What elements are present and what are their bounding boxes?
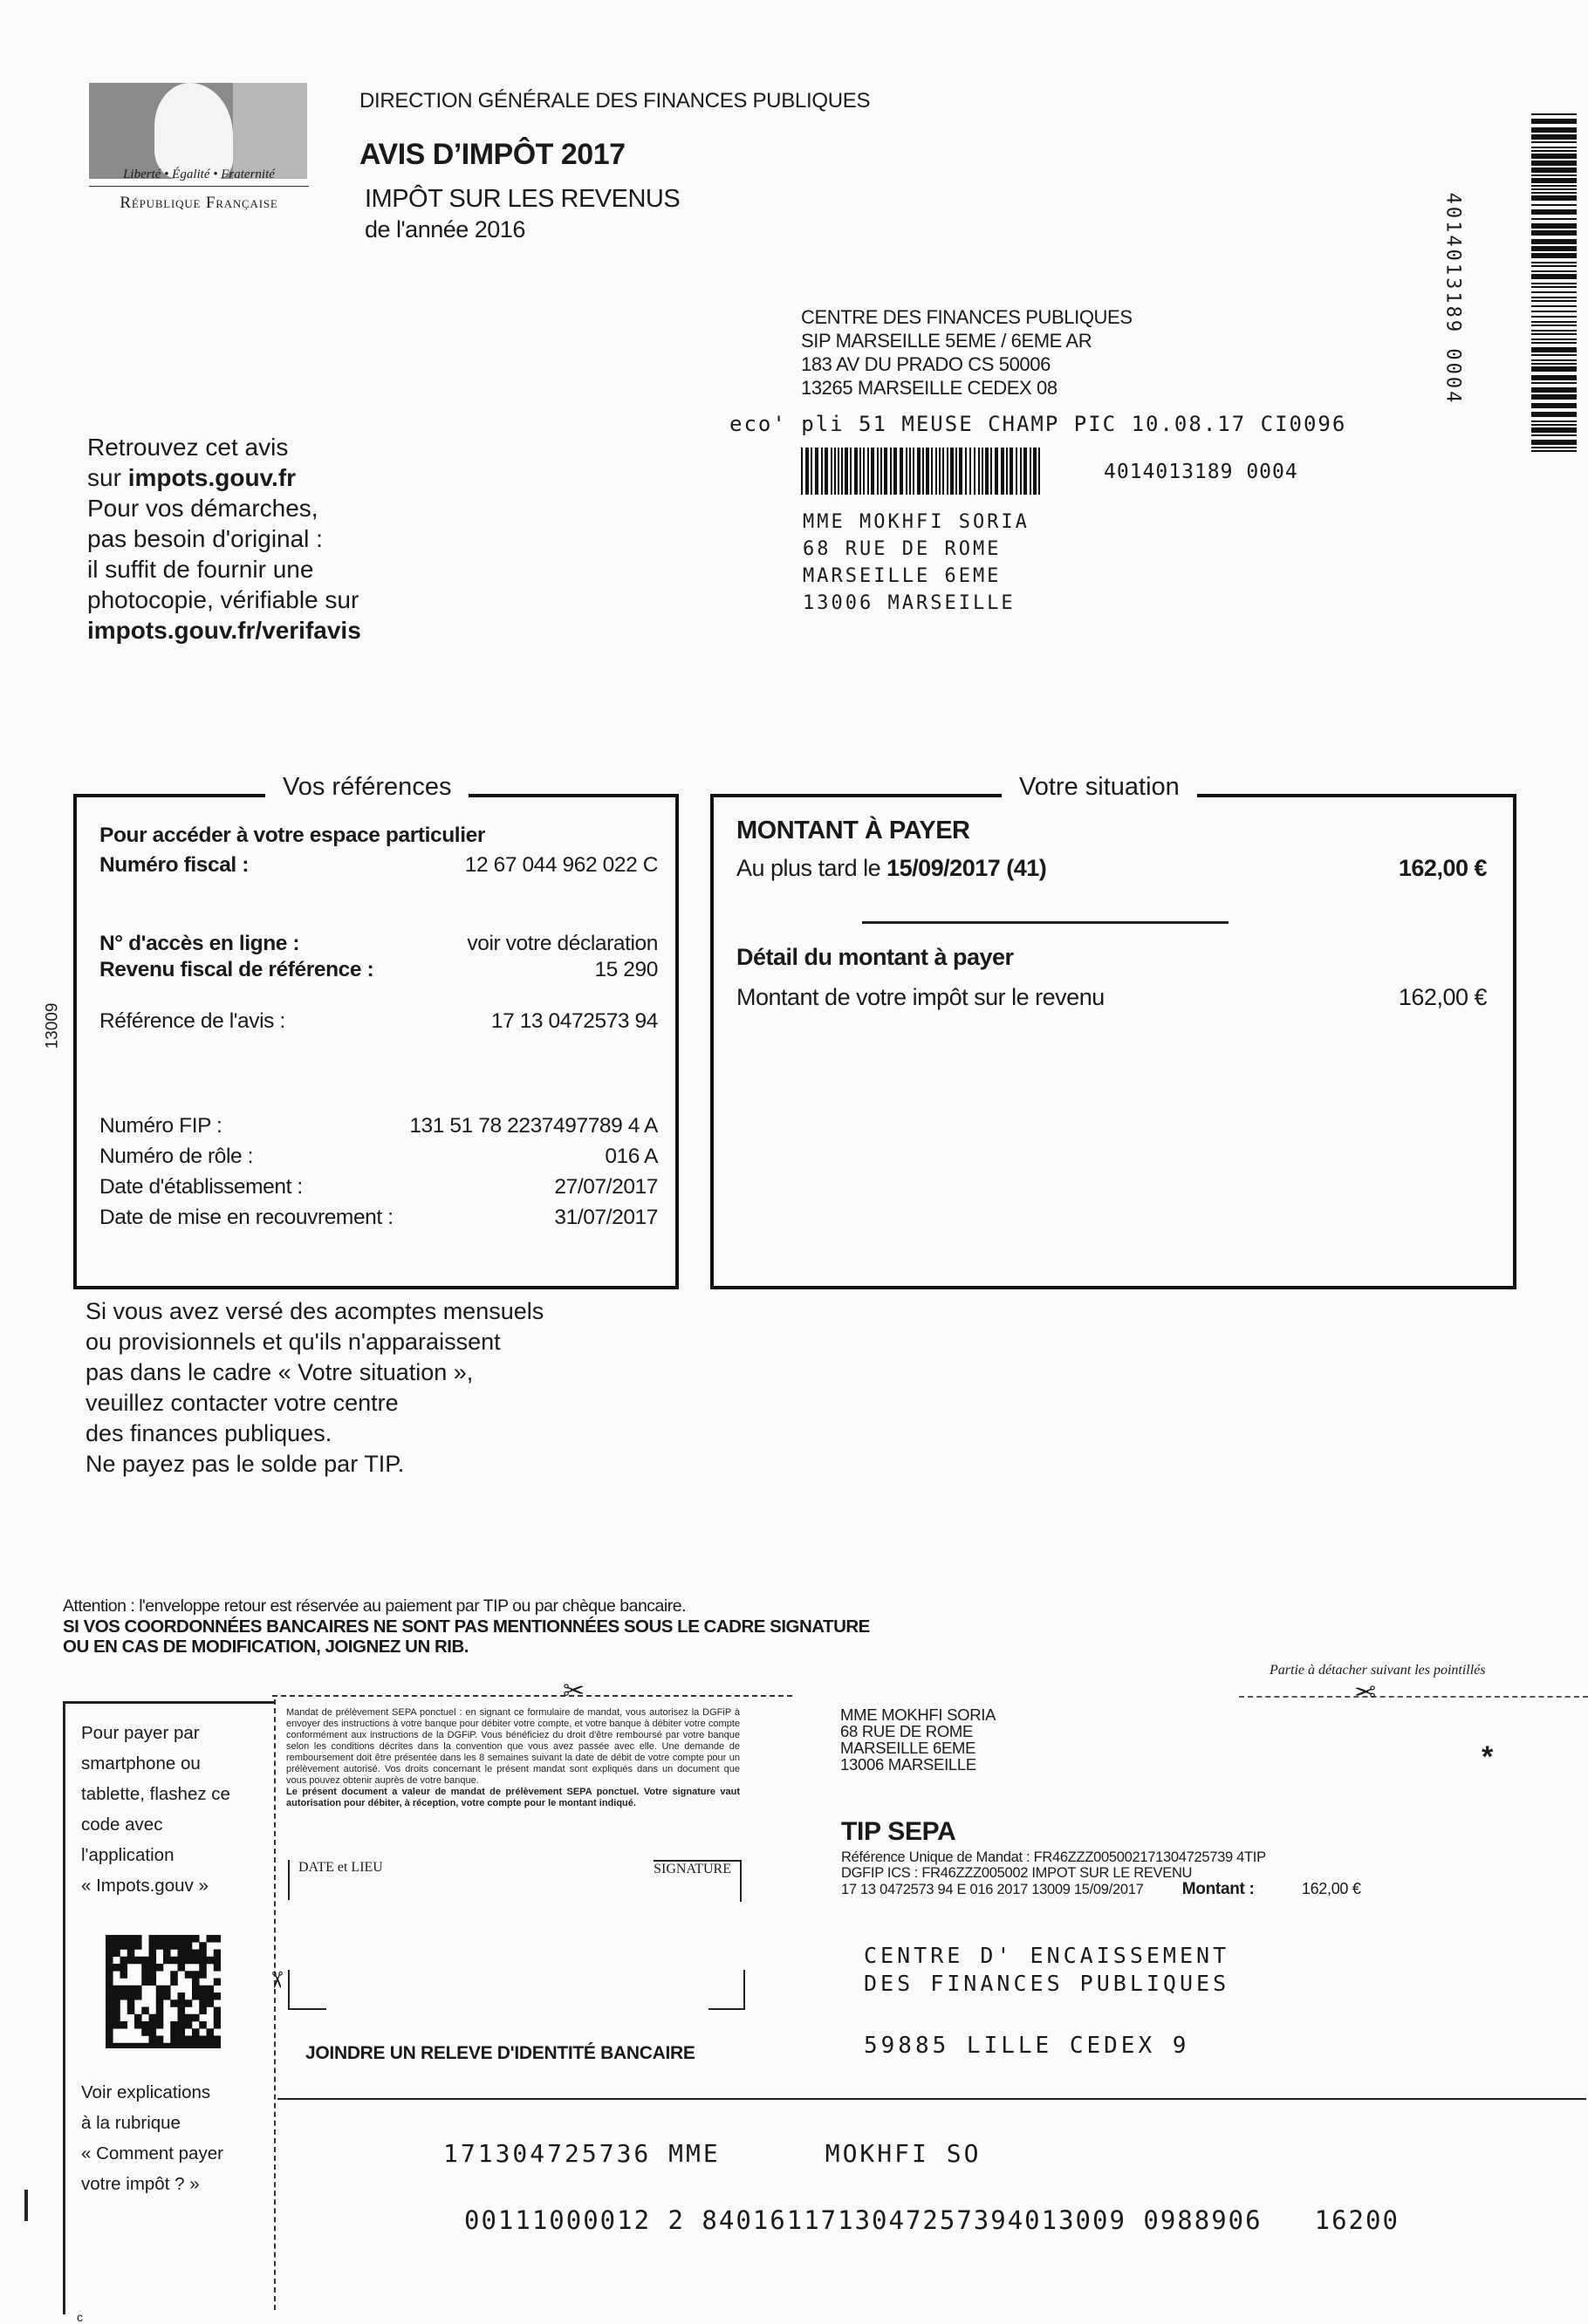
tax-subtitle: IMPÔT SUR LES REVENUS bbox=[365, 185, 680, 214]
barcode-number: 4014013189 0004 bbox=[1104, 461, 1298, 483]
scissors-icon: ✂ bbox=[563, 1683, 585, 1700]
info-line: Retrouvez cet avis bbox=[87, 432, 361, 462]
ocr-name: MOKHFI SO bbox=[825, 2139, 982, 2168]
info-line: pas besoin d'original : bbox=[87, 523, 361, 554]
ref-row-acces-en-ligne: N° d'accès en ligne :voir votre déclarat… bbox=[99, 932, 658, 956]
tax-year: de l'année 2016 bbox=[365, 216, 525, 243]
notice-line: Ne payez pas le solde par TIP. bbox=[86, 1449, 544, 1480]
deadline: Au plus tard le 15/09/2017 (41) bbox=[736, 855, 1046, 882]
margin-mark bbox=[24, 2190, 28, 2221]
attention-line: Attention : l'enveloppe retour est réser… bbox=[63, 1596, 870, 1617]
encaissement-address: CENTRE D' ENCAISSEMENT DES FINANCES PUBL… bbox=[864, 1942, 1229, 1998]
footer-mark: c bbox=[77, 2310, 83, 2324]
tip-title: TIP SEPA bbox=[841, 1817, 956, 1847]
sender-address: CENTRE DES FINANCES PUBLIQUES SIP MARSEI… bbox=[801, 305, 1133, 400]
ref-row-date-recouvrement: Date de mise en recouvrement :31/07/2017 bbox=[99, 1206, 658, 1230]
republique-francaise: République Française bbox=[89, 194, 309, 213]
side-code: 13009 bbox=[43, 1003, 62, 1049]
detach-label: Partie à détacher suivant les pointillés bbox=[1270, 1663, 1486, 1678]
amount-due: 162,00 € bbox=[1399, 855, 1487, 882]
detail-amount: 162,00 € bbox=[1399, 984, 1487, 1011]
recipient-address: MME MOKHFI SORIA 68 RUE DE ROME MARSEILL… bbox=[803, 509, 1030, 617]
datamatrix-code[interactable] bbox=[106, 1935, 221, 2048]
label: Numéro FIP : bbox=[99, 1114, 222, 1138]
direction-title: DIRECTION GÉNÉRALE DES FINANCES PUBLIQUE… bbox=[359, 89, 870, 113]
scissors-icon: ✂ bbox=[1354, 1685, 1376, 1702]
qr-line: l'application bbox=[81, 1840, 230, 1870]
qr-line: « Impots.gouv » bbox=[81, 1870, 230, 1901]
sender-line: 13265 MARSEILLE CEDEX 08 bbox=[801, 376, 1133, 400]
deadline-prefix: Au plus tard le bbox=[736, 855, 886, 881]
sepa-mandate-text: Mandat de prélèvement SEPA ponctuel : en… bbox=[286, 1707, 740, 1809]
qr-line: Pour payer par bbox=[81, 1718, 230, 1748]
info-line: il suffit de fournir une bbox=[87, 554, 361, 584]
info-line: Pour vos démarches, bbox=[87, 493, 361, 523]
tip-reference: 17 13 0472573 94 E 016 2017 13009 15/09/… bbox=[841, 1882, 1143, 1897]
ocr-amount: 16200 bbox=[1315, 2205, 1400, 2235]
vertical-barcode-number: 4014013189 0004 bbox=[1442, 168, 1464, 430]
vertical-barcode bbox=[1531, 113, 1577, 454]
value: 17 13 0472573 94 bbox=[491, 1009, 658, 1034]
deadline-date: 15/09/2017 (41) bbox=[886, 855, 1046, 881]
sender-line: SIP MARSEILLE 5EME / 6EME AR bbox=[801, 329, 1133, 352]
label: Référence de l'avis : bbox=[99, 1009, 285, 1034]
page-title: AVIS D’IMPÔT 2017 bbox=[359, 138, 626, 172]
label: Date d'établissement : bbox=[99, 1175, 303, 1200]
ocr-line-1: 171304725736 MMEMOKHFI SO bbox=[443, 2139, 981, 2168]
star-icon: * bbox=[1482, 1740, 1493, 1774]
recipient-line: 68 RUE DE ROME bbox=[803, 536, 1030, 563]
encaissement-line: DES FINANCES PUBLIQUES bbox=[864, 1970, 1229, 1998]
marianne-logo bbox=[89, 83, 307, 179]
qr-line: « Comment payer bbox=[81, 2138, 223, 2169]
value: 27/07/2017 bbox=[554, 1175, 658, 1200]
online-access-info: Retrouvez cet avis sur impots.gouv.fr Po… bbox=[87, 432, 361, 646]
ref-row-revenu-fiscal: Revenu fiscal de référence :15 290 bbox=[99, 958, 658, 982]
tip-ref-row: 17 13 0472573 94 E 016 2017 13009 15/09/… bbox=[841, 1881, 1487, 1897]
qr-payment-panel: Pour payer par smartphone ou tablette, f… bbox=[63, 1701, 275, 2314]
ocr-divider bbox=[277, 2098, 1586, 2100]
label: Pour accéder à votre espace particulier bbox=[99, 824, 485, 848]
detail-label: Montant de votre impôt sur le revenu bbox=[736, 984, 1105, 1011]
info-line: sur impots.gouv.fr bbox=[87, 462, 361, 493]
ref-row-numero-fiscal: Numéro fiscal :12 67 044 962 022 C bbox=[99, 853, 658, 878]
recipient-line: MARSEILLE 6EME bbox=[803, 563, 1030, 590]
encaissement-city: 59885 LILLE CEDEX 9 bbox=[864, 2033, 1189, 2059]
cut-line-right bbox=[1239, 1696, 1588, 1698]
tip-info: Référence Unique de Mandat : FR46ZZZ0050… bbox=[841, 1849, 1487, 1897]
rum-line: Référence Unique de Mandat : FR46ZZZ0050… bbox=[841, 1849, 1487, 1865]
tip-address-line: 68 RUE DE ROME bbox=[840, 1723, 996, 1740]
tip-address-line: MARSEILLE 6EME bbox=[840, 1740, 996, 1756]
qr-line: tablette, flashez ce bbox=[81, 1779, 230, 1809]
encaissement-line: CENTRE D' ENCAISSEMENT bbox=[864, 1942, 1229, 1970]
qr-line: votre impôt ? » bbox=[81, 2169, 223, 2199]
amount-due-row: Au plus tard le 15/09/2017 (41) 162,00 € bbox=[736, 855, 1487, 882]
attention-line: OU EN CAS DE MODIFICATION, JOIGNEZ UN RI… bbox=[63, 1637, 870, 1657]
label: Date de mise en recouvrement : bbox=[99, 1206, 394, 1230]
value: voir votre déclaration bbox=[467, 932, 658, 956]
value: 016 A bbox=[605, 1145, 658, 1169]
ref-row-date-etablissement: Date d'établissement :27/07/2017 bbox=[99, 1175, 658, 1200]
mandate-paragraph: Mandat de prélèvement SEPA ponctuel : en… bbox=[286, 1707, 740, 1787]
label: N° d'accès en ligne : bbox=[99, 932, 299, 956]
value: 31/07/2017 bbox=[554, 1206, 658, 1230]
info-line: photocopie, vérifiable sur bbox=[87, 584, 361, 615]
detail-title: Détail du montant à payer bbox=[736, 944, 1014, 971]
situation-legend: Votre situation bbox=[1002, 773, 1197, 802]
cut-line-vertical bbox=[274, 1699, 276, 2310]
qr-explanations: Voir explications à la rubrique « Commen… bbox=[81, 2077, 223, 2199]
postal-sort-line: eco' pli 51 MEUSE CHAMP PIC 10.08.17 CI0… bbox=[729, 412, 1346, 436]
situation-box: Votre situation MONTANT À PAYER Au plus … bbox=[710, 794, 1516, 1289]
ics-line: DGFIP ICS : FR46ZZZ005002 IMPOT SUR LE R… bbox=[841, 1865, 1487, 1881]
rib-frame bbox=[288, 1970, 745, 2008]
ref-row-reference-avis: Référence de l'avis :17 13 0472573 94 bbox=[99, 1009, 658, 1034]
qr-instructions: Pour payer par smartphone ou tablette, f… bbox=[81, 1718, 230, 1901]
references-legend: Vos références bbox=[265, 773, 469, 802]
notice-line: Si vous avez versé des acomptes mensuels bbox=[86, 1296, 544, 1327]
tip-address: MME MOKHFI SORIA 68 RUE DE ROME MARSEILL… bbox=[840, 1706, 996, 1773]
detail-row: Montant de votre impôt sur le revenu 162… bbox=[736, 984, 1487, 1011]
label: Numéro fiscal : bbox=[99, 853, 249, 878]
notice-line: pas dans le cadre « Votre situation », bbox=[86, 1357, 544, 1388]
rib-instruction: JOINDRE UN RELEVE D'IDENTITÉ BANCAIRE bbox=[305, 2043, 695, 2064]
sender-line: 183 AV DU PRADO CS 50006 bbox=[801, 352, 1133, 376]
label: Numéro de rôle : bbox=[99, 1145, 253, 1169]
ref-row-numero-fip: Numéro FIP :131 51 78 2237497789 4 A bbox=[99, 1114, 658, 1138]
attention-line: SI VOS COORDONNÉES BANCAIRES NE SONT PAS… bbox=[63, 1617, 870, 1637]
divider bbox=[862, 921, 1229, 924]
verifavis-link[interactable]: impots.gouv.fr/verifavis bbox=[87, 617, 361, 644]
sender-line: CENTRE DES FINANCES PUBLIQUES bbox=[801, 305, 1133, 329]
notice-line: veuillez contacter votre centre bbox=[86, 1388, 544, 1418]
qr-line: Voir explications bbox=[81, 2077, 223, 2108]
value: 131 51 78 2237497789 4 A bbox=[409, 1114, 658, 1138]
notice-line: ou provisionnels et qu'ils n'apparaissen… bbox=[86, 1327, 544, 1357]
montant-title: MONTANT À PAYER bbox=[736, 817, 969, 845]
recipient-line: 13006 MARSEILLE bbox=[803, 590, 1030, 617]
notice-line: des finances publiques. bbox=[86, 1418, 544, 1449]
scissors-icon: ✂ bbox=[263, 1971, 290, 1990]
qr-line: code avec bbox=[81, 1809, 230, 1840]
attention-notice: Attention : l'enveloppe retour est réser… bbox=[63, 1596, 870, 1657]
montant-value: 162,00 € bbox=[1302, 1880, 1361, 1897]
espace-label: Pour accéder à votre espace particulier bbox=[99, 824, 658, 848]
tip-address-line: MME MOKHFI SORIA bbox=[840, 1706, 996, 1723]
impots-link[interactable]: impots.gouv.fr bbox=[128, 464, 296, 491]
republic-motto: Liberté • Égalité • Fraternité bbox=[89, 167, 309, 187]
value: 15 290 bbox=[594, 958, 658, 982]
qr-line: smartphone ou bbox=[81, 1748, 230, 1779]
signature-field[interactable]: SIGNATURE bbox=[654, 1860, 742, 1902]
ref-row-numero-role: Numéro de rôle :016 A bbox=[99, 1145, 658, 1169]
montant-label: Montant : bbox=[1182, 1880, 1255, 1898]
date-place-field[interactable]: DATE et LIEU bbox=[288, 1860, 383, 1900]
ocr-code: 00111000012 2 8401611713047257394013009 … bbox=[464, 2205, 1263, 2235]
date-signature-frame: DATE et LIEU SIGNATURE bbox=[288, 1860, 742, 1904]
cut-line-top bbox=[272, 1695, 792, 1697]
ocr-reference: 171304725736 MME bbox=[443, 2139, 721, 2168]
references-box: Vos références Pour accéder à votre espa… bbox=[73, 794, 679, 1289]
mandate-authorization: Le présent document a valeur de mandat d… bbox=[286, 1787, 740, 1809]
tip-address-line: 13006 MARSEILLE bbox=[840, 1756, 996, 1773]
ocr-line-2: 00111000012 2 8401611713047257394013009 … bbox=[464, 2205, 1400, 2235]
value: 12 67 044 962 022 C bbox=[465, 853, 658, 878]
acomptes-notice: Si vous avez versé des acomptes mensuels… bbox=[86, 1296, 544, 1480]
label: Revenu fiscal de référence : bbox=[99, 958, 373, 982]
recipient-line: MME MOKHFI SORIA bbox=[803, 509, 1030, 536]
info-text: sur bbox=[87, 464, 128, 491]
qr-line: à la rubrique bbox=[81, 2108, 223, 2138]
postal-barcode bbox=[801, 448, 1042, 495]
